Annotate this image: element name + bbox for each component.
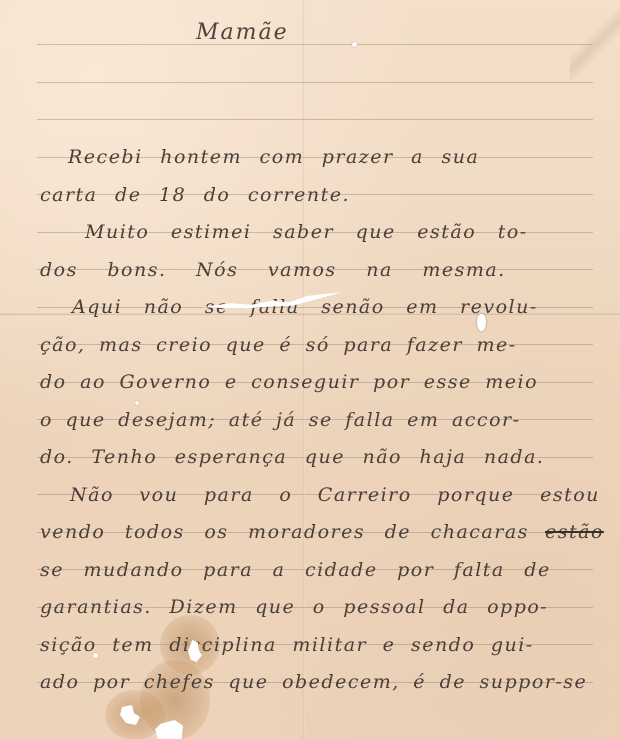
pinhole: [93, 653, 98, 658]
letter-line: Não vou para o Carreiro porque estou: [0, 478, 620, 508]
letter-line: Muito estimei saber que estão to-: [0, 215, 620, 245]
letter-line: do. Tenho esperança que não haja nada.: [0, 440, 620, 470]
pinhole: [352, 42, 357, 47]
salutation: Mamãe: [196, 20, 289, 45]
letter-line: Recebi hontem com prazer a sua: [0, 140, 620, 170]
letter-line: garantias. Dizem que o pessoal da oppo-: [0, 590, 620, 620]
struck-word: estão: [545, 521, 604, 543]
letter-line: Aqui não se falla senão em revolu-: [0, 290, 620, 320]
letter-line: dos bons. Nós vamos na mesma.: [0, 253, 620, 283]
letter-page: Mamãe Recebi hontem com prazer a sua car…: [0, 0, 620, 739]
ruled-line: [37, 119, 593, 120]
letter-line: do ao Governo e conseguir por esse meio: [0, 365, 620, 395]
letter-line: carta de 18 do corrente.: [0, 178, 620, 208]
letter-line: ado por chefes que obedecem, é de suppor…: [0, 665, 620, 695]
corner-crease: [570, 0, 620, 80]
ruled-line: [37, 82, 593, 83]
paper-hole: [477, 314, 486, 331]
letter-line: ção, mas creio que é só para fazer me-: [0, 328, 620, 358]
pinhole: [135, 401, 139, 405]
letter-line: vendo todos os moradores de chacaras est…: [0, 515, 620, 545]
letter-line: o que desejam; até já se falla em accor-: [0, 403, 620, 433]
ruled-line: [37, 44, 593, 45]
letter-line: se mudando para a cidade por falta de: [0, 553, 620, 583]
